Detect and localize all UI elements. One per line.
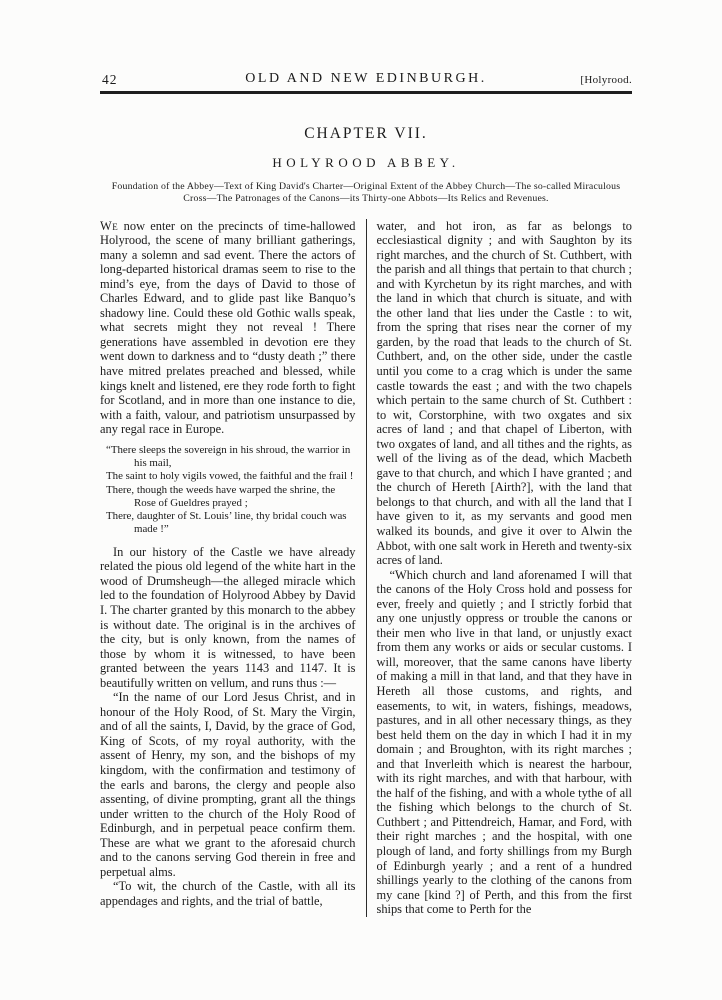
chapter-subheading: HOLYROOD ABBEY.	[100, 155, 632, 171]
folio-side-note: [Holyrood.	[580, 74, 632, 86]
text-columns: We now enter on the precincts of time-ha…	[100, 219, 632, 917]
paragraph: “In the name of our Lord Jesus Christ, a…	[100, 690, 356, 879]
paragraph-text: now enter on the precincts of time-hallo…	[100, 219, 356, 437]
lead-word: We	[100, 219, 118, 233]
running-title: OLD AND NEW EDINBURGH.	[100, 70, 632, 87]
chapter-heading: CHAPTER VII.	[100, 125, 632, 143]
left-column: We now enter on the precincts of time-ha…	[100, 219, 367, 917]
paragraph: “Which church and land aforenamed I will…	[377, 568, 633, 917]
right-column: water, and hot iron, as far as belongs t…	[367, 219, 633, 917]
header-rule	[100, 91, 632, 94]
verse-line: The saint to holy vigils vowed, the fait…	[100, 470, 356, 483]
verse-quotation: “There sleeps the sovereign in his shrou…	[100, 444, 356, 537]
chapter-block: CHAPTER VII. HOLYROOD ABBEY. Foundation …	[100, 125, 632, 206]
book-page: 42 OLD AND NEW EDINBURGH. [Holyrood. CHA…	[0, 0, 722, 1000]
paragraph: We now enter on the precincts of time-ha…	[100, 219, 356, 437]
page-number: 42	[102, 72, 118, 88]
paragraph: “To wit, the church of the Castle, with …	[100, 879, 356, 908]
paragraph: In our history of the Castle we have alr…	[100, 545, 356, 690]
paragraph: water, and hot iron, as far as belongs t…	[377, 219, 633, 568]
chapter-synopsis: Foundation of the Abbey—Text of King Dav…	[100, 181, 632, 206]
verse-line: “There sleeps the sovereign in his shrou…	[100, 444, 356, 471]
verse-line: There, daughter of St. Louis’ line, thy …	[100, 510, 356, 537]
verse-line: There, though the weeds have warped the …	[100, 484, 356, 511]
running-header: 42 OLD AND NEW EDINBURGH. [Holyrood.	[100, 70, 632, 88]
